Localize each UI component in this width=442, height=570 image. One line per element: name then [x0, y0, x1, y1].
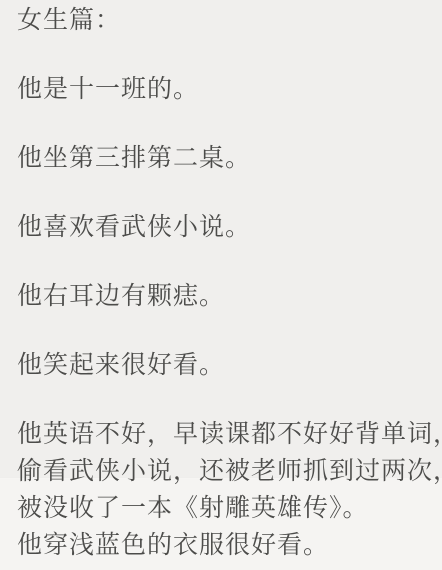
- text-line: 他穿浅蓝色的衣服很好看。: [17, 527, 438, 564]
- text-line: 他是十一班的。: [17, 71, 438, 108]
- paragraph: 他喜欢看武侠小说。: [17, 209, 438, 246]
- paragraph: 他笑起来很好看。: [17, 347, 438, 384]
- paragraph: 他英语不好，早读课都不好好背单词， 偷看武侠小说，还被老师抓到过两次， 被没收了…: [17, 416, 438, 564]
- text-line: 他喜欢看武侠小说。: [17, 209, 438, 246]
- title-line: 女生篇：: [17, 2, 438, 39]
- text-line: 被没收了一本《射雕英雄传》。: [17, 490, 438, 527]
- text-line: 他坐第三排第二桌。: [17, 140, 438, 177]
- text-line: 他右耳边有颗痣。: [17, 278, 438, 315]
- paragraph: 他是十一班的。: [17, 71, 438, 108]
- text-line: 他笑起来很好看。: [17, 347, 438, 384]
- text-line: 偷看武侠小说，还被老师抓到过两次，: [17, 453, 438, 490]
- text-line: 他英语不好，早读课都不好好背单词，: [17, 416, 438, 453]
- paragraph: 他坐第三排第二桌。: [17, 140, 438, 177]
- section-title: 女生篇：: [17, 2, 438, 39]
- text-content: 女生篇： 他是十一班的。 他坐第三排第二桌。 他喜欢看武侠小说。 他右耳边有颗痣…: [0, 0, 442, 564]
- text-page: 女生篇： 他是十一班的。 他坐第三排第二桌。 他喜欢看武侠小说。 他右耳边有颗痣…: [0, 0, 442, 570]
- paragraph: 他右耳边有颗痣。: [17, 278, 438, 315]
